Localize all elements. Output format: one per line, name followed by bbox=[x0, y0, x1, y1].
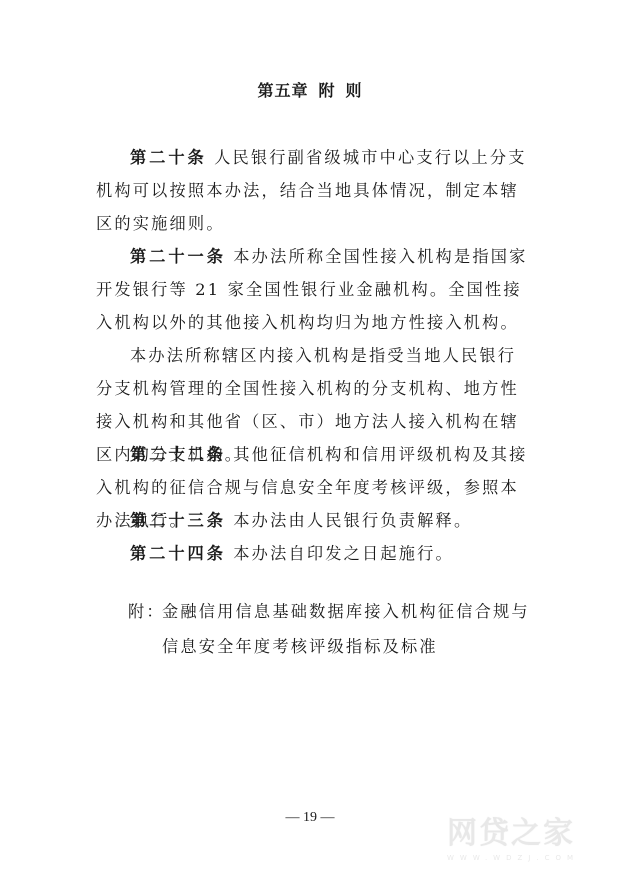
article-24: 第二十四条 本办法自印发之日起施行。 bbox=[96, 537, 534, 570]
chapter-title: 第五章附则 bbox=[0, 78, 620, 101]
watermark-text-cn: 网贷之家 bbox=[447, 808, 587, 852]
watermark-text-en: WWW.WDZJ.COM bbox=[447, 854, 587, 862]
article-label: 第二十四条 bbox=[130, 544, 226, 563]
article-label: 第二十二条 bbox=[130, 445, 226, 464]
article-text: 本办法自印发之日起施行。 bbox=[233, 544, 454, 563]
article-23: 第二十三条 本办法由人民银行负责解释。 bbox=[96, 504, 534, 537]
chapter-name-1: 附 bbox=[318, 81, 335, 100]
watermark-logo: 网贷之家 WWW.WDZJ.COM bbox=[447, 808, 587, 864]
attachment-label: 附： bbox=[128, 594, 165, 629]
attachment-title: 金融信用信息基础数据库接入机构征信合规与信息安全年度考核评级指标及标准 bbox=[162, 594, 548, 664]
article-20: 第二十条 人民银行副省级城市中心支行以上分支机构可以按照本办法，结合当地具体情况… bbox=[96, 141, 534, 240]
chapter-number: 第五章 bbox=[257, 81, 308, 100]
article-21: 第二十一条 本办法所称全国性接入机构是指国家开发银行等 21 家全国性银行业金融… bbox=[96, 240, 534, 339]
article-label: 第二十一条 bbox=[130, 247, 226, 266]
article-text: 本办法由人民银行负责解释。 bbox=[233, 511, 472, 530]
chapter-name-2: 则 bbox=[346, 81, 363, 100]
attachment: 附： 金融信用信息基础数据库接入机构征信合规与信息安全年度考核评级指标及标准 bbox=[128, 594, 548, 664]
article-label: 第二十三条 bbox=[130, 511, 226, 530]
article-label: 第二十条 bbox=[130, 148, 207, 167]
